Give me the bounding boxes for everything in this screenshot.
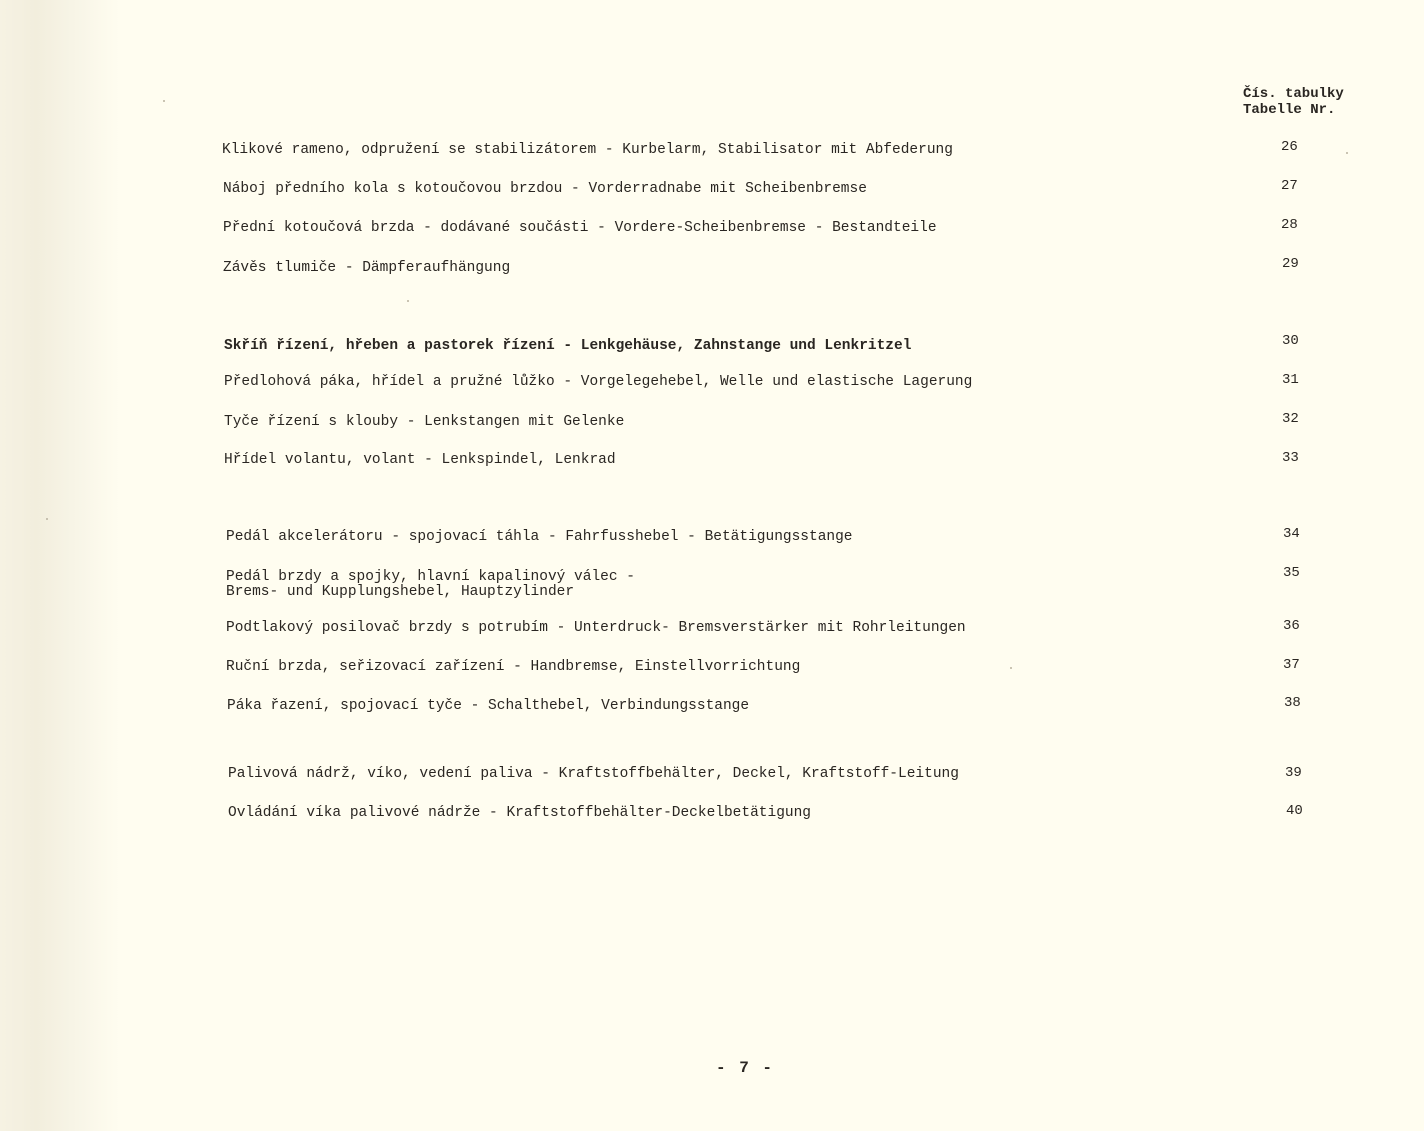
paper-speck (163, 100, 165, 102)
entry-table-number: 31 (1282, 373, 1299, 388)
entry-text: Skříň řízení, hřeben a pastorek řízení -… (224, 339, 911, 354)
header-de: Tabelle Nr. (1243, 102, 1335, 118)
entry-table-number: 40 (1286, 804, 1303, 819)
entry-text: Palivová nádrž, víko, vedení paliva - Kr… (228, 767, 959, 782)
entry-text-continuation: Brems- und Kupplungshebel, Hauptzylinder (226, 585, 574, 600)
entry-text: Ruční brzda, seřizovací zařízení - Handb… (226, 660, 800, 675)
entry-table-number: 39 (1285, 766, 1302, 781)
entry-table-number: 32 (1282, 412, 1299, 427)
entry-text: Klikové rameno, odpružení se stabilizáto… (222, 143, 953, 158)
entry-text: Závěs tlumiče - Dämpferaufhängung (223, 261, 510, 276)
entry-text: Tyče řízení s klouby - Lenkstangen mit G… (224, 415, 624, 430)
entry-table-number: 36 (1283, 619, 1300, 634)
entry-table-number: 38 (1284, 696, 1301, 711)
paper-speck (46, 518, 48, 520)
header-cs: Čís. tabulky (1243, 86, 1344, 102)
paper-speck (1010, 667, 1012, 669)
entry-text: Přední kotoučová brzda - dodávané součás… (223, 221, 937, 236)
entry-text: Hřídel volantu, volant - Lenkspindel, Le… (224, 453, 616, 468)
entry-table-number: 30 (1282, 334, 1299, 349)
entry-text: Předlohová páka, hřídel a pružné lůžko -… (224, 375, 972, 390)
page-number: - 7 - (716, 1059, 774, 1077)
entry-table-number: 37 (1283, 658, 1300, 673)
entry-table-number: 27 (1281, 179, 1298, 194)
entry-text: Pedál akcelerátoru - spojovací táhla - F… (226, 530, 853, 545)
entry-table-number: 26 (1281, 140, 1298, 155)
table-number-column-header: Čís. tabulky Tabelle Nr. (1243, 86, 1344, 118)
entry-text: Ovládání víka palivové nádrže - Kraftsto… (228, 806, 811, 821)
entry-table-number: 28 (1281, 218, 1298, 233)
entry-table-number: 33 (1282, 451, 1299, 466)
entry-text: Podtlakový posilovač brzdy s potrubím - … (226, 621, 966, 636)
entry-table-number: 34 (1283, 527, 1300, 542)
entry-table-number: 35 (1283, 566, 1300, 581)
paper-speck (1346, 152, 1348, 154)
page-edge-shadow (0, 0, 120, 1131)
entry-text: Páka řazení, spojovací tyče - Schalthebe… (227, 699, 749, 714)
entry-text: Pedál brzdy a spojky, hlavní kapalinový … (226, 570, 635, 585)
entry-text: Náboj předního kola s kotoučovou brzdou … (223, 182, 867, 197)
entry-table-number: 29 (1282, 257, 1299, 272)
paper-speck (407, 300, 409, 302)
